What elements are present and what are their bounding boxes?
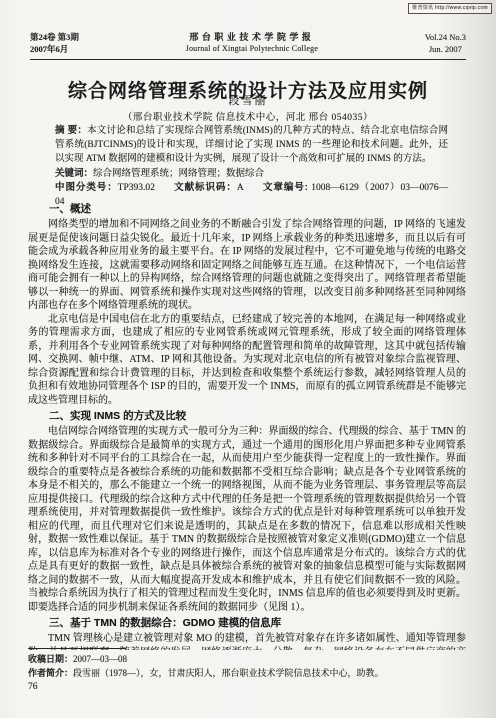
page-number: 76 [28,681,466,695]
article-meta-block: 摘 要：本文讨论和总结了实现综合网管系统(INMS)的几种方式的特点、结合北京电… [55,124,448,209]
abstract-label: 摘 要： [55,125,87,136]
section-2-heading: 二、实现 INMS 的方式及比较 [28,410,466,424]
date-cn: 2007年6月 [30,43,79,55]
doc-code-label: 文献标识码： [174,182,237,193]
journal-scan-page: 维普资讯 http://www.cqvip.com 第24卷 第3期 2007年… [0,0,496,718]
clc-label: 中图分类号： [55,182,118,193]
received-date-label: 收稿日期： [28,654,73,664]
header-volume-en: Vol.24 No.3 Jun. 2007 [425,31,466,55]
section-1-paragraph-1: 网络类型的增加和不同网络之间业务的不断融合引发了综合网络管理的问题，IP 网络的… [28,218,466,313]
date-en: Jun. 2007 [425,43,466,55]
article-affiliation: （邢台职业技术学院 信息技术中心，河北 邢台 054035） [0,109,496,123]
journal-name-en: Journal of Xingtai Polytechnic College [186,43,318,55]
abstract: 摘 要：本文讨论和总结了实现综合网管系统(INMS)的几种方式的特点、结合北京电… [55,124,448,167]
section-3-heading: 三、基于 TMN 的数据综合：GDMO 建模的信息库 [28,617,466,631]
section-1-paragraph-2: 北京电信是中国电信在北方的重要结点，已经建成了较完善的本地网，在满足每一种网络或… [28,313,466,408]
received-date-value: 2007—03—08 [73,654,127,664]
doc-code-value: A [237,183,244,193]
keywords-label: 关键词： [55,168,93,179]
volume-issue-cn: 第24卷 第3期 [30,31,79,43]
header-journal-name: 邢台职业技术学院学报 Journal of Xingtai Polytechni… [186,31,318,55]
abstract-text: 本文讨论和总结了实现综合网管系统(INMS)的几种方式的特点、结合北京电信综合网… [55,126,448,164]
journal-name-cn: 邢台职业技术学院学报 [186,31,318,43]
author-bio-line: 作者简介：段雪丽（1978—），女，甘肃庆阳人，邢台职业技术学院信息技术中心，助… [28,667,466,681]
received-date-line: 收稿日期：2007—03—08 [28,653,466,667]
doc-code-pair: 文献标识码：A [174,183,244,193]
footnote-block: 收稿日期：2007—03—08 作者简介：段雪丽（1978—），女，甘肃庆阳人，… [28,648,466,695]
header-volume-cn: 第24卷 第3期 2007年6月 [30,31,79,55]
journal-header: 第24卷 第3期 2007年6月 邢台职业技术学院学报 Journal of X… [30,31,466,60]
section-1-heading: 一、概述 [28,203,466,217]
author-bio-label: 作者简介： [28,668,73,678]
article-body: 一、概述 网络类型的增加和不同网络之间业务的不断融合引发了综合网络管理的问题，I… [28,200,466,650]
cqvip-watermark: 维普资讯 http://www.cqvip.com [408,3,492,14]
clc-value: TP393.02 [118,183,155,193]
article-author: 段雪丽 [0,92,496,108]
article-id-label: 文章编号: [263,182,308,193]
volume-issue-en: Vol.24 No.3 [425,31,466,43]
keywords: 关键词：综合网络管理系统；网络管理；数据综合 [55,167,448,181]
author-bio-value: 段雪丽（1978—），女，甘肃庆阳人，邢台职业技术学院信息技术中心，助教。 [73,668,384,678]
section-2-paragraph-1: 电信网综合网络管理的实现方式一般可分为三种：界面级的综合、代理级的综合、基于 T… [28,425,466,614]
clc-pair: 中图分类号：TP393.02 [55,183,155,193]
footnote-rule [28,648,126,649]
keywords-text: 综合网络管理系统；网络管理；数据综合 [93,169,264,179]
